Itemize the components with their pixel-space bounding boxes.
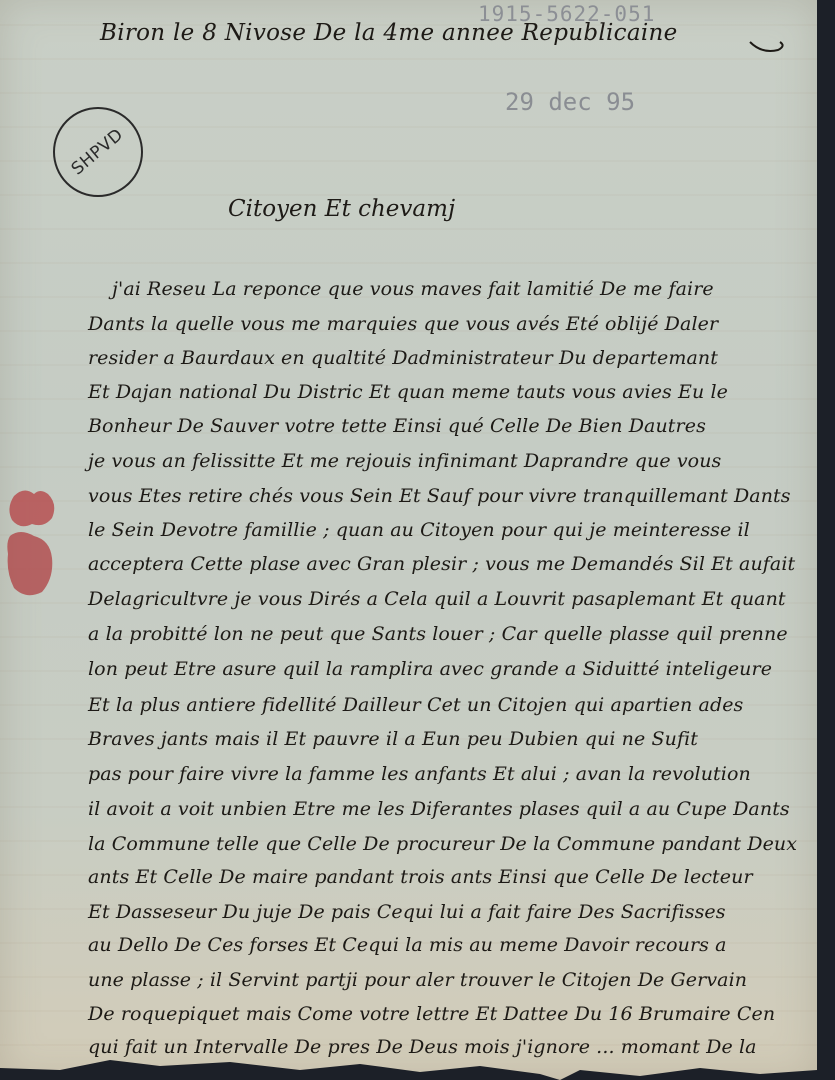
letter-line: la Commune telle que Celle De procureur … <box>88 833 797 855</box>
letter-line: resider a Baurdaux en qualtité Dadminist… <box>88 347 718 369</box>
letter-line: Dants la quelle vous me marquies que vou… <box>88 313 718 335</box>
flourish-icon <box>748 36 788 56</box>
letter-line: au Dello De Ces forses Et Cequi la mis a… <box>88 934 727 956</box>
letter-line: lon peut Etre asure quil la ramplira ave… <box>88 658 772 680</box>
letter-line: Bonheur De Sauver votre tette Einsi qué … <box>88 415 706 437</box>
letter-line: il avoit a voit unbien Etre me les Difer… <box>88 798 790 820</box>
letter-line: De roquepiquet mais Come votre lettre Et… <box>88 1003 775 1025</box>
letter-line: Et Dajan national Du Distric Et quan mem… <box>88 381 728 403</box>
letter-page: 1915-5622-051 29 dec 95 SHPVD Biron le 8… <box>0 0 817 1080</box>
letter-line: le Sein Devotre famillie ; quan au Citoy… <box>88 519 750 541</box>
shpvd-stamp: SHPVD <box>53 107 143 197</box>
letter-line: ants Et Celle De maire pandant trois ant… <box>88 866 753 888</box>
letter-line: Et Dasseseur Du juje De pais Cequi lui a… <box>88 901 726 923</box>
letter-dateline: Biron le 8 Nivose De la 4me annee Republ… <box>100 20 678 46</box>
letter-line: pas pour faire vivre la famme les anfant… <box>88 763 751 785</box>
archive-date-pencil: 29 dec 95 <box>505 88 635 116</box>
letter-line: Braves jants mais il Et pauvre il a Eun … <box>88 728 698 750</box>
stamp-text: SHPVD <box>68 125 128 180</box>
letter-line: j'ai Reseu La reponce que vous maves fai… <box>112 278 714 300</box>
torn-edge <box>0 1040 817 1080</box>
letter-line: acceptera Cette plase avec Gran plesir ;… <box>88 553 795 575</box>
letter-line: vous Etes retire chés vous Sein Et Sauf … <box>88 485 791 507</box>
letter-line: je vous an felissitte Et me rejouis infi… <box>88 450 721 472</box>
letter-salutation: Citoyen Et chevamj <box>228 196 455 222</box>
letter-line: a la probitté lon ne peut que Sants loue… <box>88 623 788 645</box>
red-seal-stain-icon <box>6 488 56 598</box>
letter-line: Et la plus antiere fidellité Dailleur Ce… <box>88 694 743 716</box>
letter-line: Delagricultvre je vous Dirés a Cela quil… <box>88 588 786 610</box>
letter-line: une plasse ; il Servint partji pour aler… <box>88 969 747 991</box>
